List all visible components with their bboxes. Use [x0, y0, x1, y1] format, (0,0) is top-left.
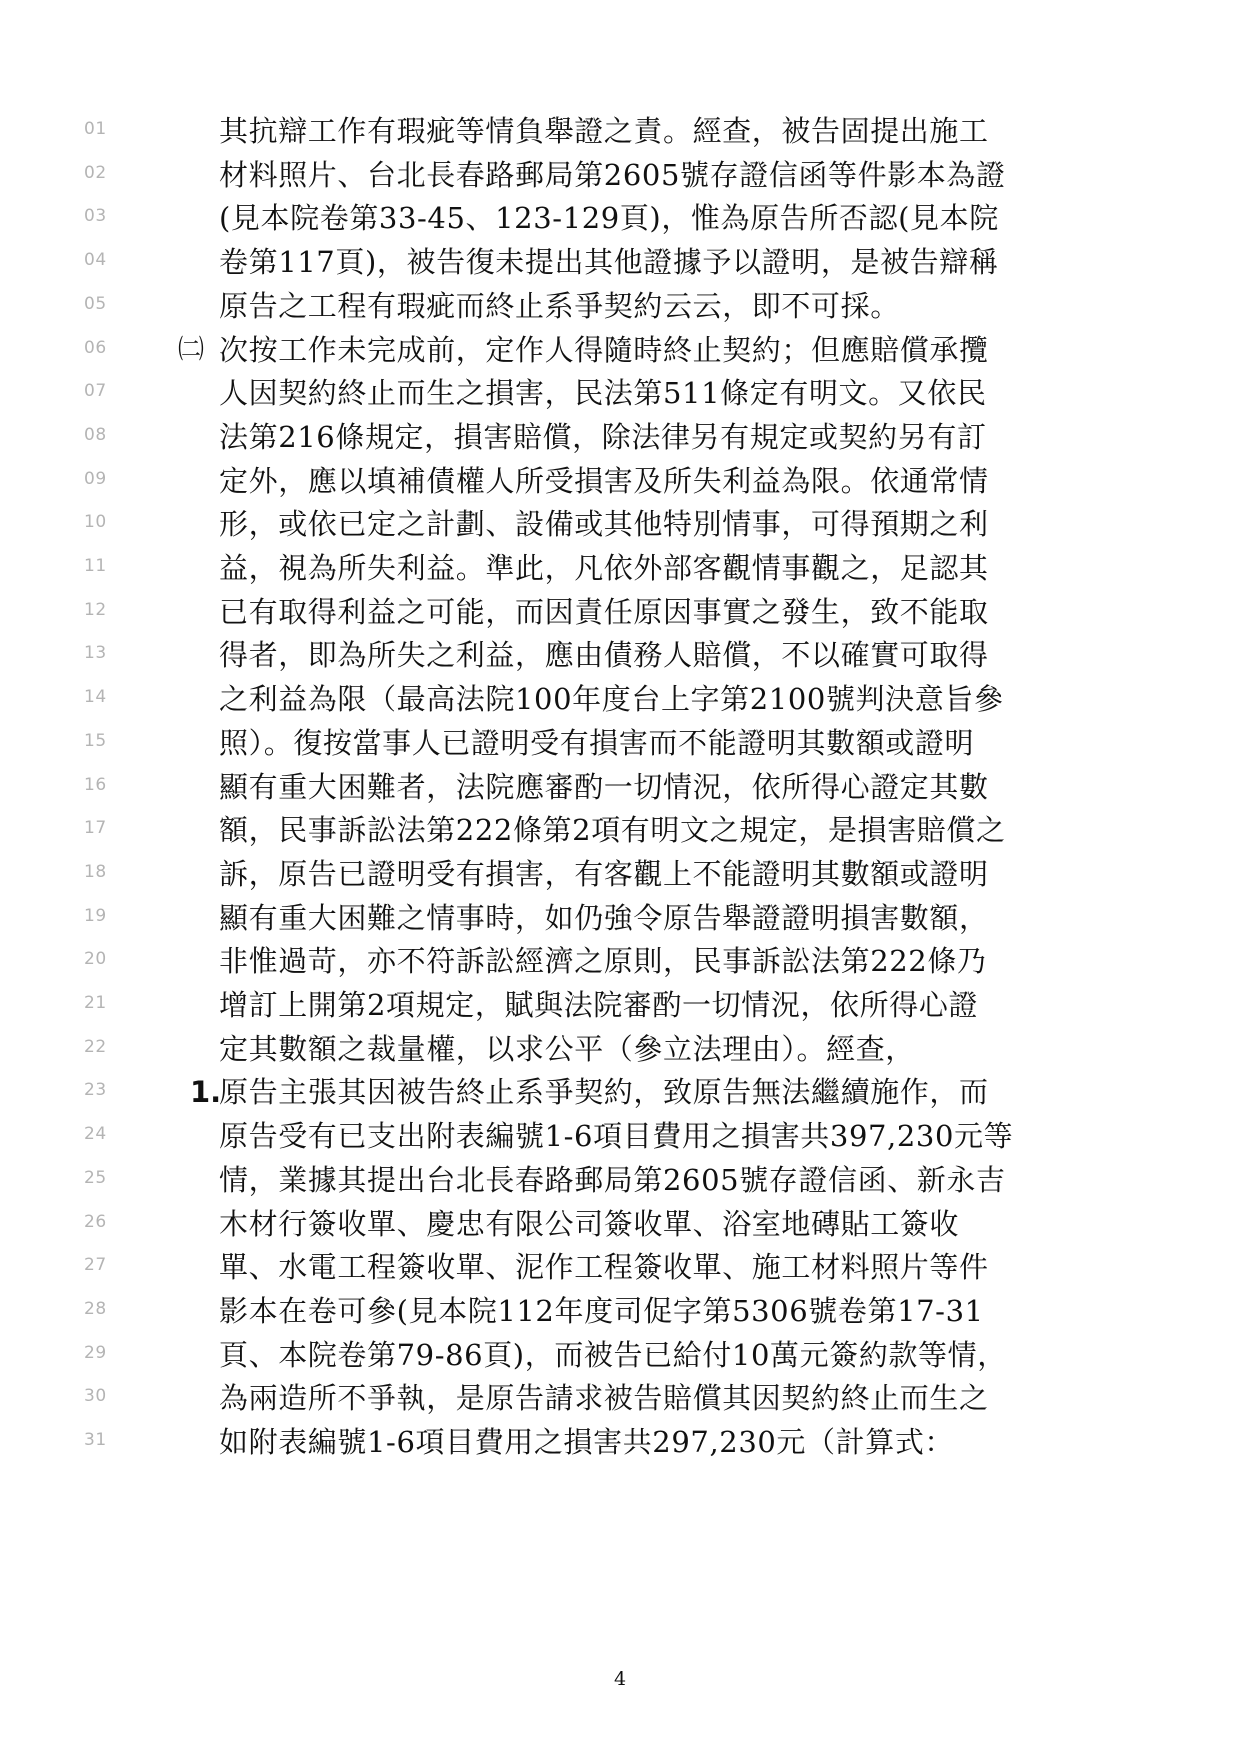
line-number: 15: [84, 731, 124, 751]
line-text: 定其數額之裁量權，以求公平（參立法理由）。經查，: [219, 1025, 915, 1074]
line-text: 卷第117頁)，被告復未提出其他證據予以證明，是被告辯稱: [219, 238, 998, 287]
line-text: 照）。復按當事人已證明受有損害而不能證明其數額或證明: [219, 719, 974, 768]
line-number: 23: [84, 1080, 124, 1100]
line-text: 單、水電工程簽收單、泥作工程簽收單、施工材料照片等件: [219, 1243, 989, 1292]
line-number: 03: [84, 206, 124, 226]
document-line: 04卷第117頁)，被告復未提出其他證據予以證明，是被告辯稱: [0, 238, 1240, 287]
document-line: 10形，或依已定之計劃、設備或其他特別情事，可得預期之利: [0, 500, 1240, 549]
document-line: 07人因契約終止而生之損害，民法第511條定有明文。又依民: [0, 369, 1240, 418]
document-line: 19顯有重大困難之情事時，如仍強令原告舉證證明損害數額，: [0, 894, 1240, 943]
document-line: 26木材行簽收單、慶忠有限公司簽收單、浴室地磚貼工簽收: [0, 1200, 1240, 1249]
document-line: 18訴，原告已證明受有損害，有客觀上不能證明其數額或證明: [0, 850, 1240, 899]
line-text: 情，業據其提出台北長春路郵局第2605號存證信函、新永吉: [219, 1156, 1006, 1205]
document-line: 11益，視為所失利益。準此，凡依外部客觀情事觀之，足認其: [0, 544, 1240, 593]
line-text: 定外，應以填補債權人所受損害及所失利益為限。依通常情: [219, 457, 989, 506]
line-text: 益，視為所失利益。準此，凡依外部客觀情事觀之，足認其: [219, 544, 989, 593]
document-line: 14之利益為限（最高法院100年度台上字第2100號判決意旨參: [0, 675, 1240, 724]
line-text: 增訂上開第2項規定，賦與法院審酌一切情況，依所得心證: [219, 981, 978, 1030]
document-page: 01其抗辯工作有瑕疵等情負舉證之責。經查，被告固提出施工02材料照片、台北長春路…: [0, 0, 1240, 1755]
line-number: 08: [84, 425, 124, 445]
line-text: 顯有重大困難者，法院應審酌一切情況，依所得心證定其數: [219, 763, 989, 812]
list-marker: ㈡: [178, 326, 204, 375]
line-text: 得者，即為所失之利益，應由債務人賠償，不以確實可取得: [219, 631, 989, 680]
line-text: 已有取得利益之可能，而因責任原因事實之發生，致不能取: [219, 588, 989, 637]
document-line: 20非惟過苛，亦不符訴訟經濟之原則，民事訴訟法第222條乃: [0, 937, 1240, 986]
document-line: 03(見本院卷第33-45、123-129頁)，惟為原告所否認(見本院: [0, 194, 1240, 243]
line-number: 24: [84, 1124, 124, 1144]
line-number: 17: [84, 818, 124, 838]
line-number: 29: [84, 1343, 124, 1363]
line-number: 30: [84, 1386, 124, 1406]
document-line: 15照）。復按當事人已證明受有損害而不能證明其數額或證明: [0, 719, 1240, 768]
line-number: 14: [84, 687, 124, 707]
document-line: 27單、水電工程簽收單、泥作工程簽收單、施工材料照片等件: [0, 1243, 1240, 1292]
line-number: 20: [84, 949, 124, 969]
line-number: 18: [84, 862, 124, 882]
document-line: 06㈡次按工作未完成前，定作人得隨時終止契約；但應賠償承攬: [0, 326, 1240, 375]
document-line: 29頁、本院卷第79-86頁)，而被告已給付10萬元簽約款等情，: [0, 1331, 1240, 1380]
line-text: 如附表編號1-6項目費用之損害共297,230元（計算式：: [219, 1418, 954, 1467]
line-number: 12: [84, 600, 124, 620]
line-number: 21: [84, 993, 124, 1013]
document-line: 21增訂上開第2項規定，賦與法院審酌一切情況，依所得心證: [0, 981, 1240, 1030]
line-number: 02: [84, 163, 124, 183]
line-text: 原告受有已支出附表編號1-6項目費用之損害共397,230元等: [219, 1112, 1013, 1161]
line-text: 法第216條規定，損害賠償，除法律另有規定或契約另有訂: [219, 413, 987, 462]
document-line: 13得者，即為所失之利益，應由債務人賠償，不以確實可取得: [0, 631, 1240, 680]
line-text: 原告之工程有瑕疵而終止系爭契約云云，即不可採。: [219, 282, 900, 331]
line-text: 影本在卷可參(見本院112年度司促字第5306號卷第17-31: [219, 1287, 984, 1336]
line-text: 原告主張其因被告終止系爭契約，致原告無法繼續施作，而: [219, 1068, 989, 1117]
document-line: 17額，民事訴訟法第222條第2項有明文之規定，是損害賠償之: [0, 806, 1240, 855]
line-text: 為兩造所不爭執，是原告請求被告賠償其因契約終止而生之: [219, 1374, 989, 1423]
line-number: 01: [84, 119, 124, 139]
line-text: 材料照片、台北長春路郵局第2605號存證信函等件影本為證: [219, 151, 1006, 200]
line-text: 顯有重大困難之情事時，如仍強令原告舉證證明損害數額，: [219, 894, 989, 943]
document-line: 30為兩造所不爭執，是原告請求被告賠償其因契約終止而生之: [0, 1374, 1240, 1423]
line-number: 13: [84, 643, 124, 663]
line-number: 05: [84, 294, 124, 314]
line-number: 19: [84, 906, 124, 926]
document-line: 24原告受有已支出附表編號1-6項目費用之損害共397,230元等: [0, 1112, 1240, 1161]
document-line: 31如附表編號1-6項目費用之損害共297,230元（計算式：: [0, 1418, 1240, 1467]
line-text: (見本院卷第33-45、123-129頁)，惟為原告所否認(見本院: [219, 194, 999, 243]
line-number: 04: [84, 250, 124, 270]
line-number: 10: [84, 512, 124, 532]
page-number: 4: [0, 1668, 1240, 1690]
line-number: 28: [84, 1299, 124, 1319]
document-line: 28影本在卷可參(見本院112年度司促字第5306號卷第17-31: [0, 1287, 1240, 1336]
line-number: 11: [84, 556, 124, 576]
document-line: 16顯有重大困難者，法院應審酌一切情況，依所得心證定其數: [0, 763, 1240, 812]
document-line: 09定外，應以填補債權人所受損害及所失利益為限。依通常情: [0, 457, 1240, 506]
line-text: 訴，原告已證明受有損害，有客觀上不能證明其數額或證明: [219, 850, 989, 899]
document-line: 25情，業據其提出台北長春路郵局第2605號存證信函、新永吉: [0, 1156, 1240, 1205]
line-number: 27: [84, 1255, 124, 1275]
line-number: 26: [84, 1212, 124, 1232]
document-line: 01其抗辯工作有瑕疵等情負舉證之責。經查，被告固提出施工: [0, 107, 1240, 156]
line-text: 非惟過苛，亦不符訴訟經濟之原則，民事訴訟法第222條乃: [219, 937, 987, 986]
line-number: 09: [84, 469, 124, 489]
document-line: 12已有取得利益之可能，而因責任原因事實之發生，致不能取: [0, 588, 1240, 637]
document-line: 05原告之工程有瑕疵而終止系爭契約云云，即不可採。: [0, 282, 1240, 331]
line-text: 之利益為限（最高法院100年度台上字第2100號判決意旨參: [219, 675, 1004, 724]
line-text: 其抗辯工作有瑕疵等情負舉證之責。經查，被告固提出施工: [219, 107, 989, 156]
document-line: 231.原告主張其因被告終止系爭契約，致原告無法繼續施作，而: [0, 1068, 1240, 1117]
line-number: 07: [84, 381, 124, 401]
line-number: 25: [84, 1168, 124, 1188]
line-number: 06: [84, 338, 124, 358]
line-text: 額，民事訴訟法第222條第2項有明文之規定，是損害賠償之: [219, 806, 1006, 855]
line-text: 次按工作未完成前，定作人得隨時終止契約；但應賠償承攬: [219, 326, 989, 375]
document-line: 02材料照片、台北長春路郵局第2605號存證信函等件影本為證: [0, 151, 1240, 200]
line-text: 木材行簽收單、慶忠有限公司簽收單、浴室地磚貼工簽收: [219, 1200, 959, 1249]
line-text: 形，或依已定之計劃、設備或其他特別情事，可得預期之利: [219, 500, 989, 549]
line-text: 頁、本院卷第79-86頁)，而被告已給付10萬元簽約款等情，: [219, 1331, 1007, 1380]
line-number: 31: [84, 1430, 124, 1450]
document-line: 08法第216條規定，損害賠償，除法律另有規定或契約另有訂: [0, 413, 1240, 462]
list-marker: 1.: [190, 1068, 221, 1117]
line-number: 22: [84, 1037, 124, 1057]
line-text: 人因契約終止而生之損害，民法第511條定有明文。又依民: [219, 369, 987, 418]
document-line: 22定其數額之裁量權，以求公平（參立法理由）。經查，: [0, 1025, 1240, 1074]
line-number: 16: [84, 775, 124, 795]
